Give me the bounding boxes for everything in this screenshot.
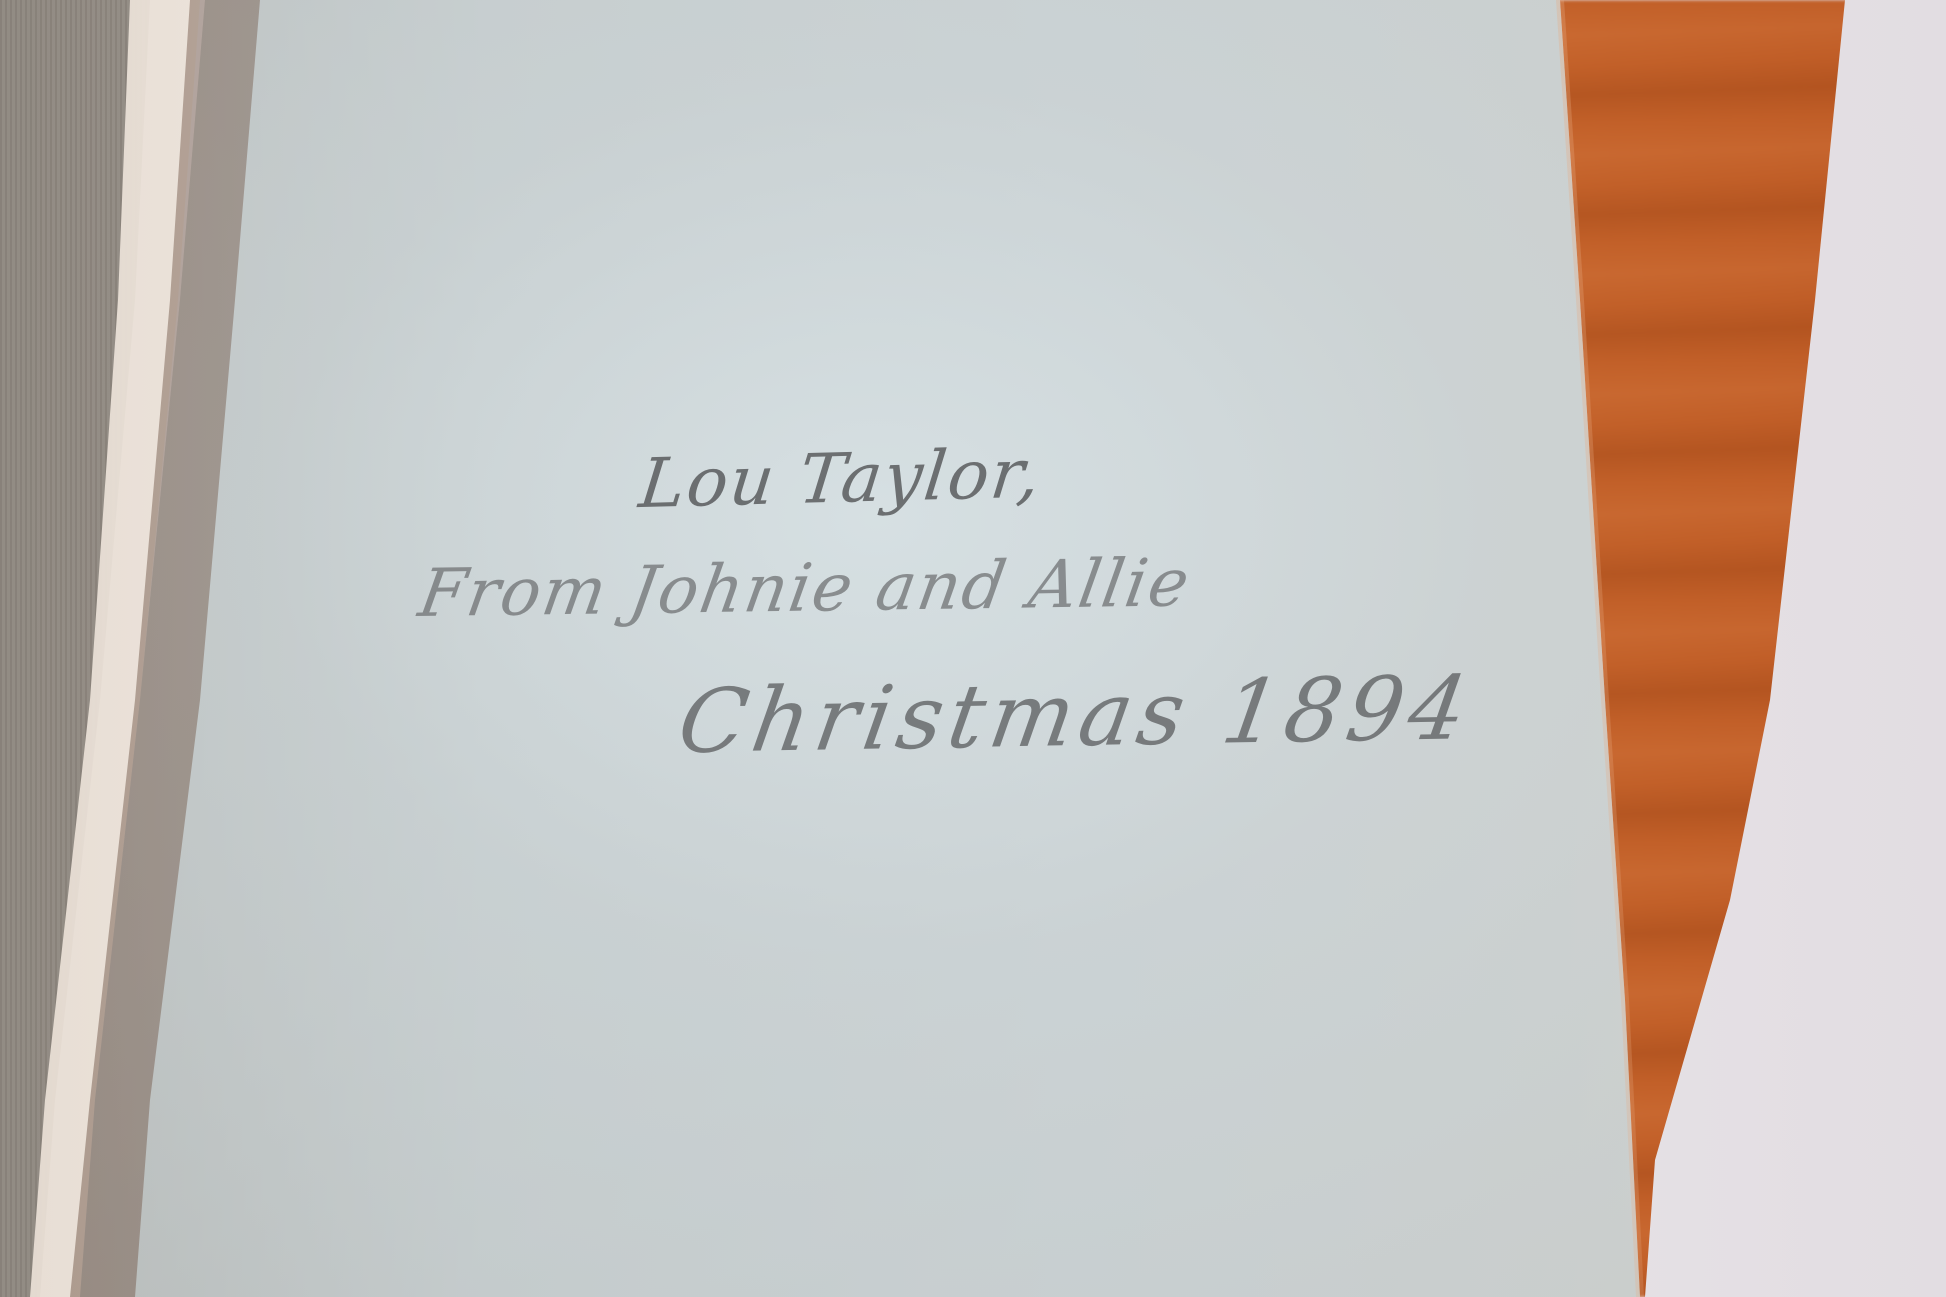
photo-scene: Lou Taylor, From Johnie and Allie Christ… bbox=[0, 0, 1946, 1297]
